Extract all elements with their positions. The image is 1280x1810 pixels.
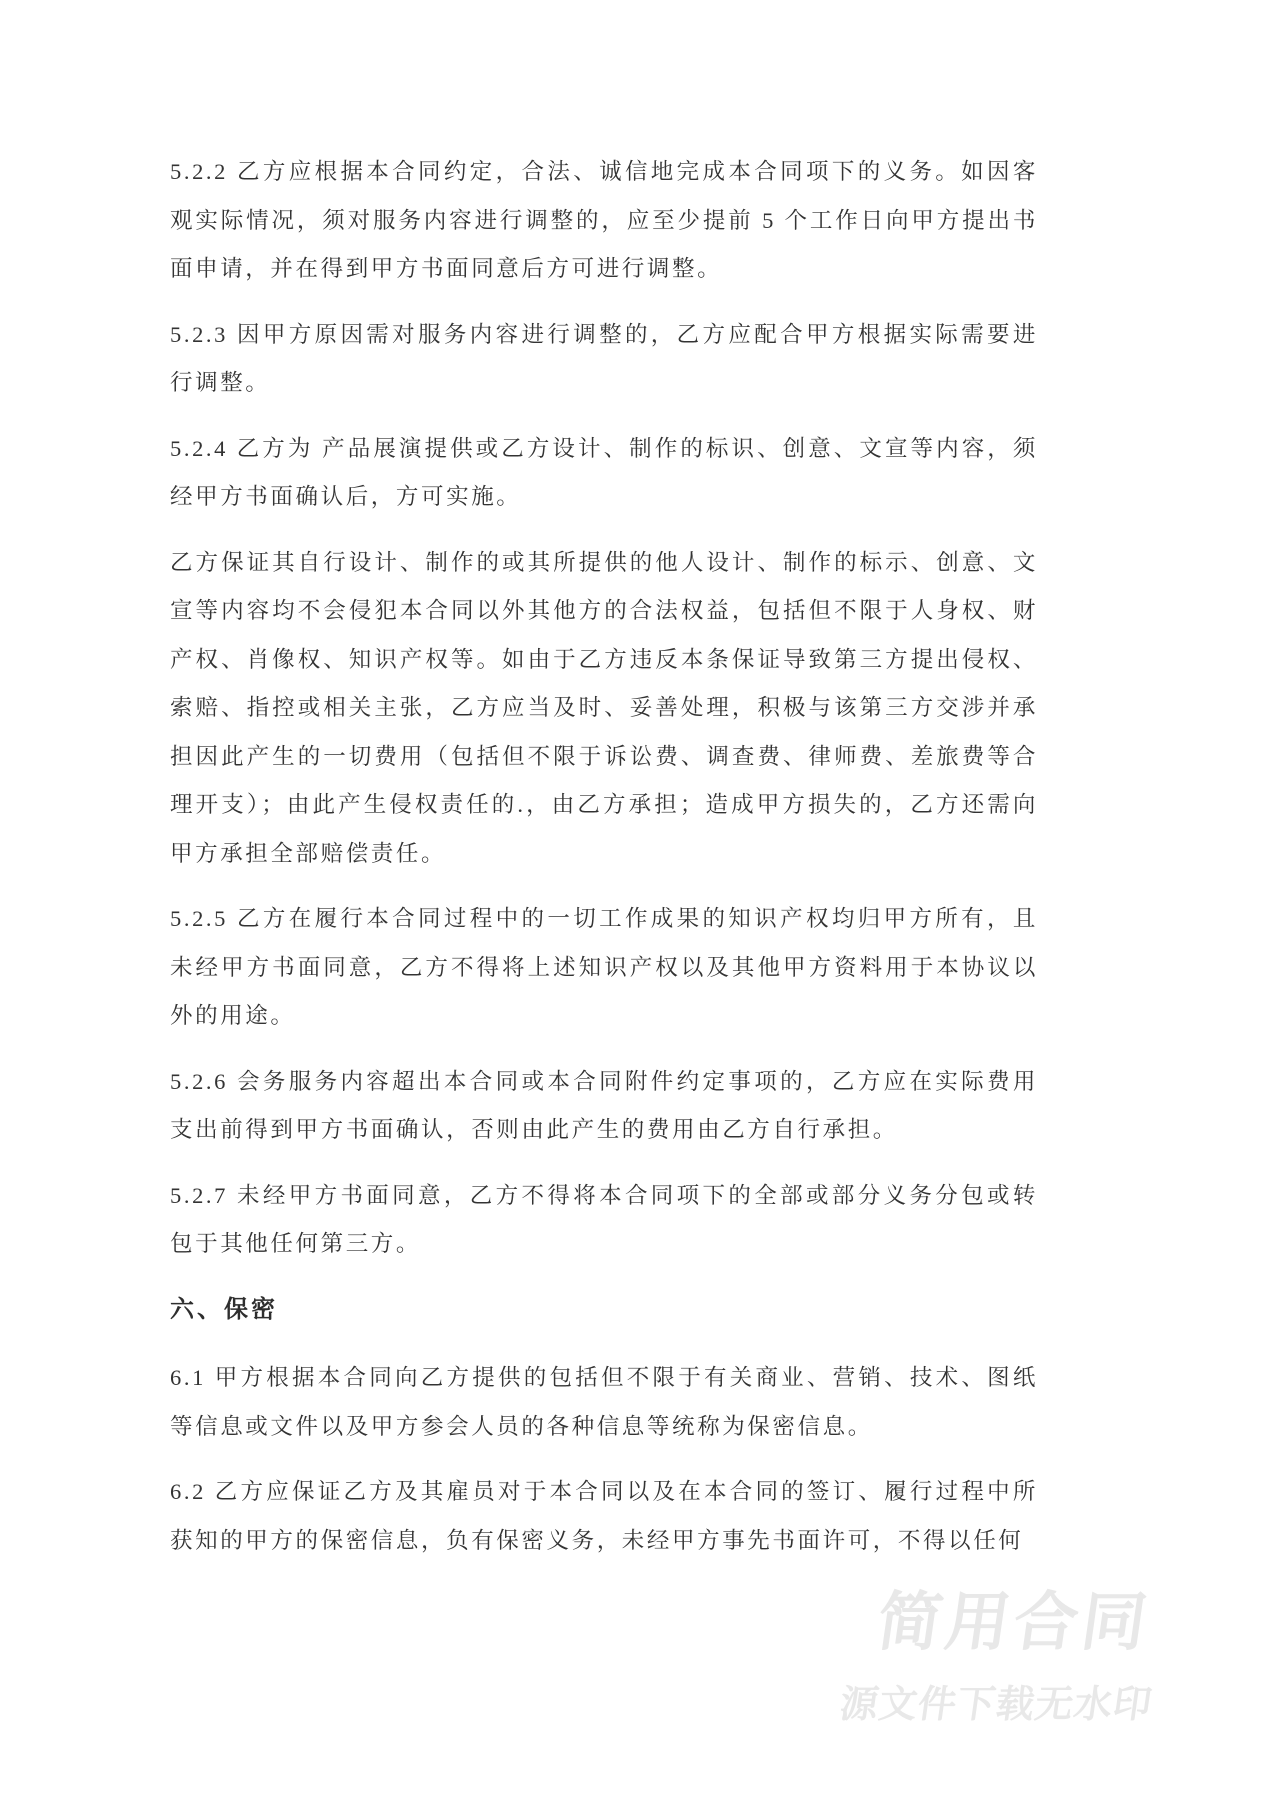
watermark-subtitle: 源文件下载无水印	[837, 1686, 1154, 1724]
watermark-title: 简用合同	[874, 1590, 1155, 1654]
contract-page-body: 5.2.2 乙方应根据本合同约定，合法、诚信地完成本合同项下的义务。如因客观实际…	[170, 148, 1038, 1582]
contract-paragraph-5-2-5: 5.2.5 乙方在履行本合同过程中的一切工作成果的知识产权均归甲方所有，且未经甲…	[170, 895, 1038, 1041]
contract-paragraph-5-2-2: 5.2.2 乙方应根据本合同约定，合法、诚信地完成本合同项下的义务。如因客观实际…	[170, 148, 1038, 294]
contract-paragraph-5-2-7: 5.2.7 未经甲方书面同意，乙方不得将本合同项下的全部或部分义务分包或转包于其…	[170, 1172, 1038, 1269]
contract-paragraph-6-2: 6.2 乙方应保证乙方及其雇员对于本合同以及在本合同的签订、履行过程中所获知的甲…	[170, 1468, 1038, 1565]
contract-paragraph-5-2-3: 5.2.3 因甲方原因需对服务内容进行调整的，乙方应配合甲方根据实际需要进行调整…	[170, 311, 1038, 408]
section-heading-confidentiality: 六、保密	[170, 1286, 1038, 1335]
contract-paragraph-5-2-4: 5.2.4 乙方为 产品展演提供或乙方设计、制作的标识、创意、文宣等内容，须经甲…	[170, 425, 1038, 522]
contract-paragraph-guarantee: 乙方保证其自行设计、制作的或其所提供的他人设计、制作的标示、创意、文宣等内容均不…	[170, 539, 1038, 879]
contract-paragraph-6-1: 6.1 甲方根据本合同向乙方提供的包括但不限于有关商业、营销、技术、图纸等信息或…	[170, 1354, 1038, 1451]
contract-paragraph-5-2-6: 5.2.6 会务服务内容超出本合同或本合同附件约定事项的，乙方应在实际费用支出前…	[170, 1058, 1038, 1155]
